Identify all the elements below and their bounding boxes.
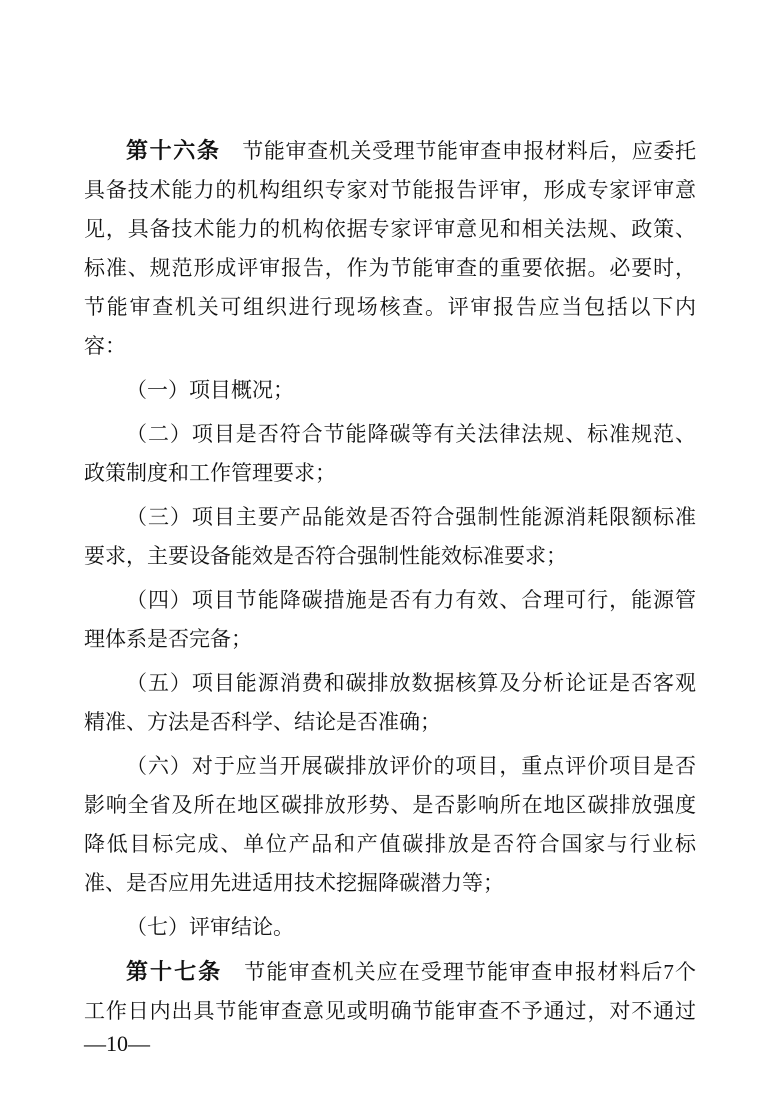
article-16-heading-line: 第十六条 节能审查机关受理节能审查申报材料后，应委托: [84, 131, 696, 171]
text-line: （四）项目节能降碳措施是否有力有效、合理可行，能源管: [84, 581, 696, 620]
text-line: 见，具备技术能力的机构依据专家评审意见和相关法规、政策、: [84, 210, 696, 249]
text-line: （六）对于应当开展碳排放评价的项目，重点评价项目是否: [84, 747, 696, 786]
review-item-6: （六）对于应当开展碳排放评价的项目，重点评价项目是否 影响全省及所在地区碳排放形…: [84, 747, 696, 903]
text-line: 标准、规范形成评审报告，作为节能审查的重要依据。必要时，: [84, 249, 696, 288]
text-line: 精准、方法是否科学、结论是否准确；: [84, 703, 696, 742]
text-line: 节能审查机关可组织进行现场核查。评审报告应当包括以下内: [84, 288, 696, 327]
text-line: 工作日内出具节能审查意见或明确节能审查不予通过，对不通过: [84, 992, 696, 1031]
review-item-5: （五）项目能源消费和碳排放数据核算及分析论证是否客观 精准、方法是否科学、结论是…: [84, 664, 696, 742]
article-16-paragraph: 第十六条 节能审查机关受理节能审查申报材料后，应委托 具备技术能力的机构组织专家…: [84, 131, 696, 366]
text-line: 降低目标完成、单位产品和产值碳排放是否符合国家与行业标: [84, 825, 696, 864]
text-line: 容：: [84, 327, 696, 366]
document-body: 第十六条 节能审查机关受理节能审查申报材料后，应委托 具备技术能力的机构组织专家…: [84, 131, 696, 1031]
text-line: （二）项目是否符合节能降碳等有关法律法规、标准规范、: [84, 415, 696, 454]
text-line: 要求，主要设备能效是否符合强制性能效标准要求；: [84, 537, 696, 576]
article-17-heading-line: 第十七条 节能审查机关应在受理节能审查申报材料后7个: [84, 952, 696, 992]
article-16-label: 第十六条: [126, 138, 221, 163]
text-line: 政策制度和工作管理要求；: [84, 454, 696, 493]
text-line: 理体系是否完备；: [84, 620, 696, 659]
review-item-1: （一）项目概况；: [84, 371, 696, 410]
page-number: —10—: [84, 1031, 150, 1057]
document-page: 第十六条 节能审查机关受理节能审查申报材料后，应委托 具备技术能力的机构组织专家…: [0, 0, 778, 1115]
article-17-paragraph: 第十七条 节能审查机关应在受理节能审查申报材料后7个 工作日内出具节能审查意见或…: [84, 952, 696, 1031]
article-17-label: 第十七条: [126, 959, 222, 984]
review-item-2: （二）项目是否符合节能降碳等有关法律法规、标准规范、 政策制度和工作管理要求；: [84, 415, 696, 493]
article-16-text: 节能审查机关受理节能审查申报材料后，应委托: [221, 139, 696, 163]
text-line: 准、是否应用先进适用技术挖掘降碳潜力等；: [84, 864, 696, 903]
review-item-3: （三）项目主要产品能效是否符合强制性能源消耗限额标准 要求，主要设备能效是否符合…: [84, 498, 696, 576]
review-item-4: （四）项目节能降碳措施是否有力有效、合理可行，能源管 理体系是否完备；: [84, 581, 696, 659]
text-line: 具备技术能力的机构组织专家对节能报告评审，形成专家评审意: [84, 171, 696, 210]
text-line: （五）项目能源消费和碳排放数据核算及分析论证是否客观: [84, 664, 696, 703]
text-line: 影响全省及所在地区碳排放形势、是否影响所在地区碳排放强度: [84, 786, 696, 825]
review-item-7: （七）评审结论。: [84, 908, 696, 947]
article-17-text: 节能审查机关应在受理节能审查申报材料后7个: [222, 960, 696, 984]
text-line: （一）项目概况；: [84, 371, 696, 410]
text-line: （三）项目主要产品能效是否符合强制性能源消耗限额标准: [84, 498, 696, 537]
text-line: （七）评审结论。: [84, 908, 696, 947]
